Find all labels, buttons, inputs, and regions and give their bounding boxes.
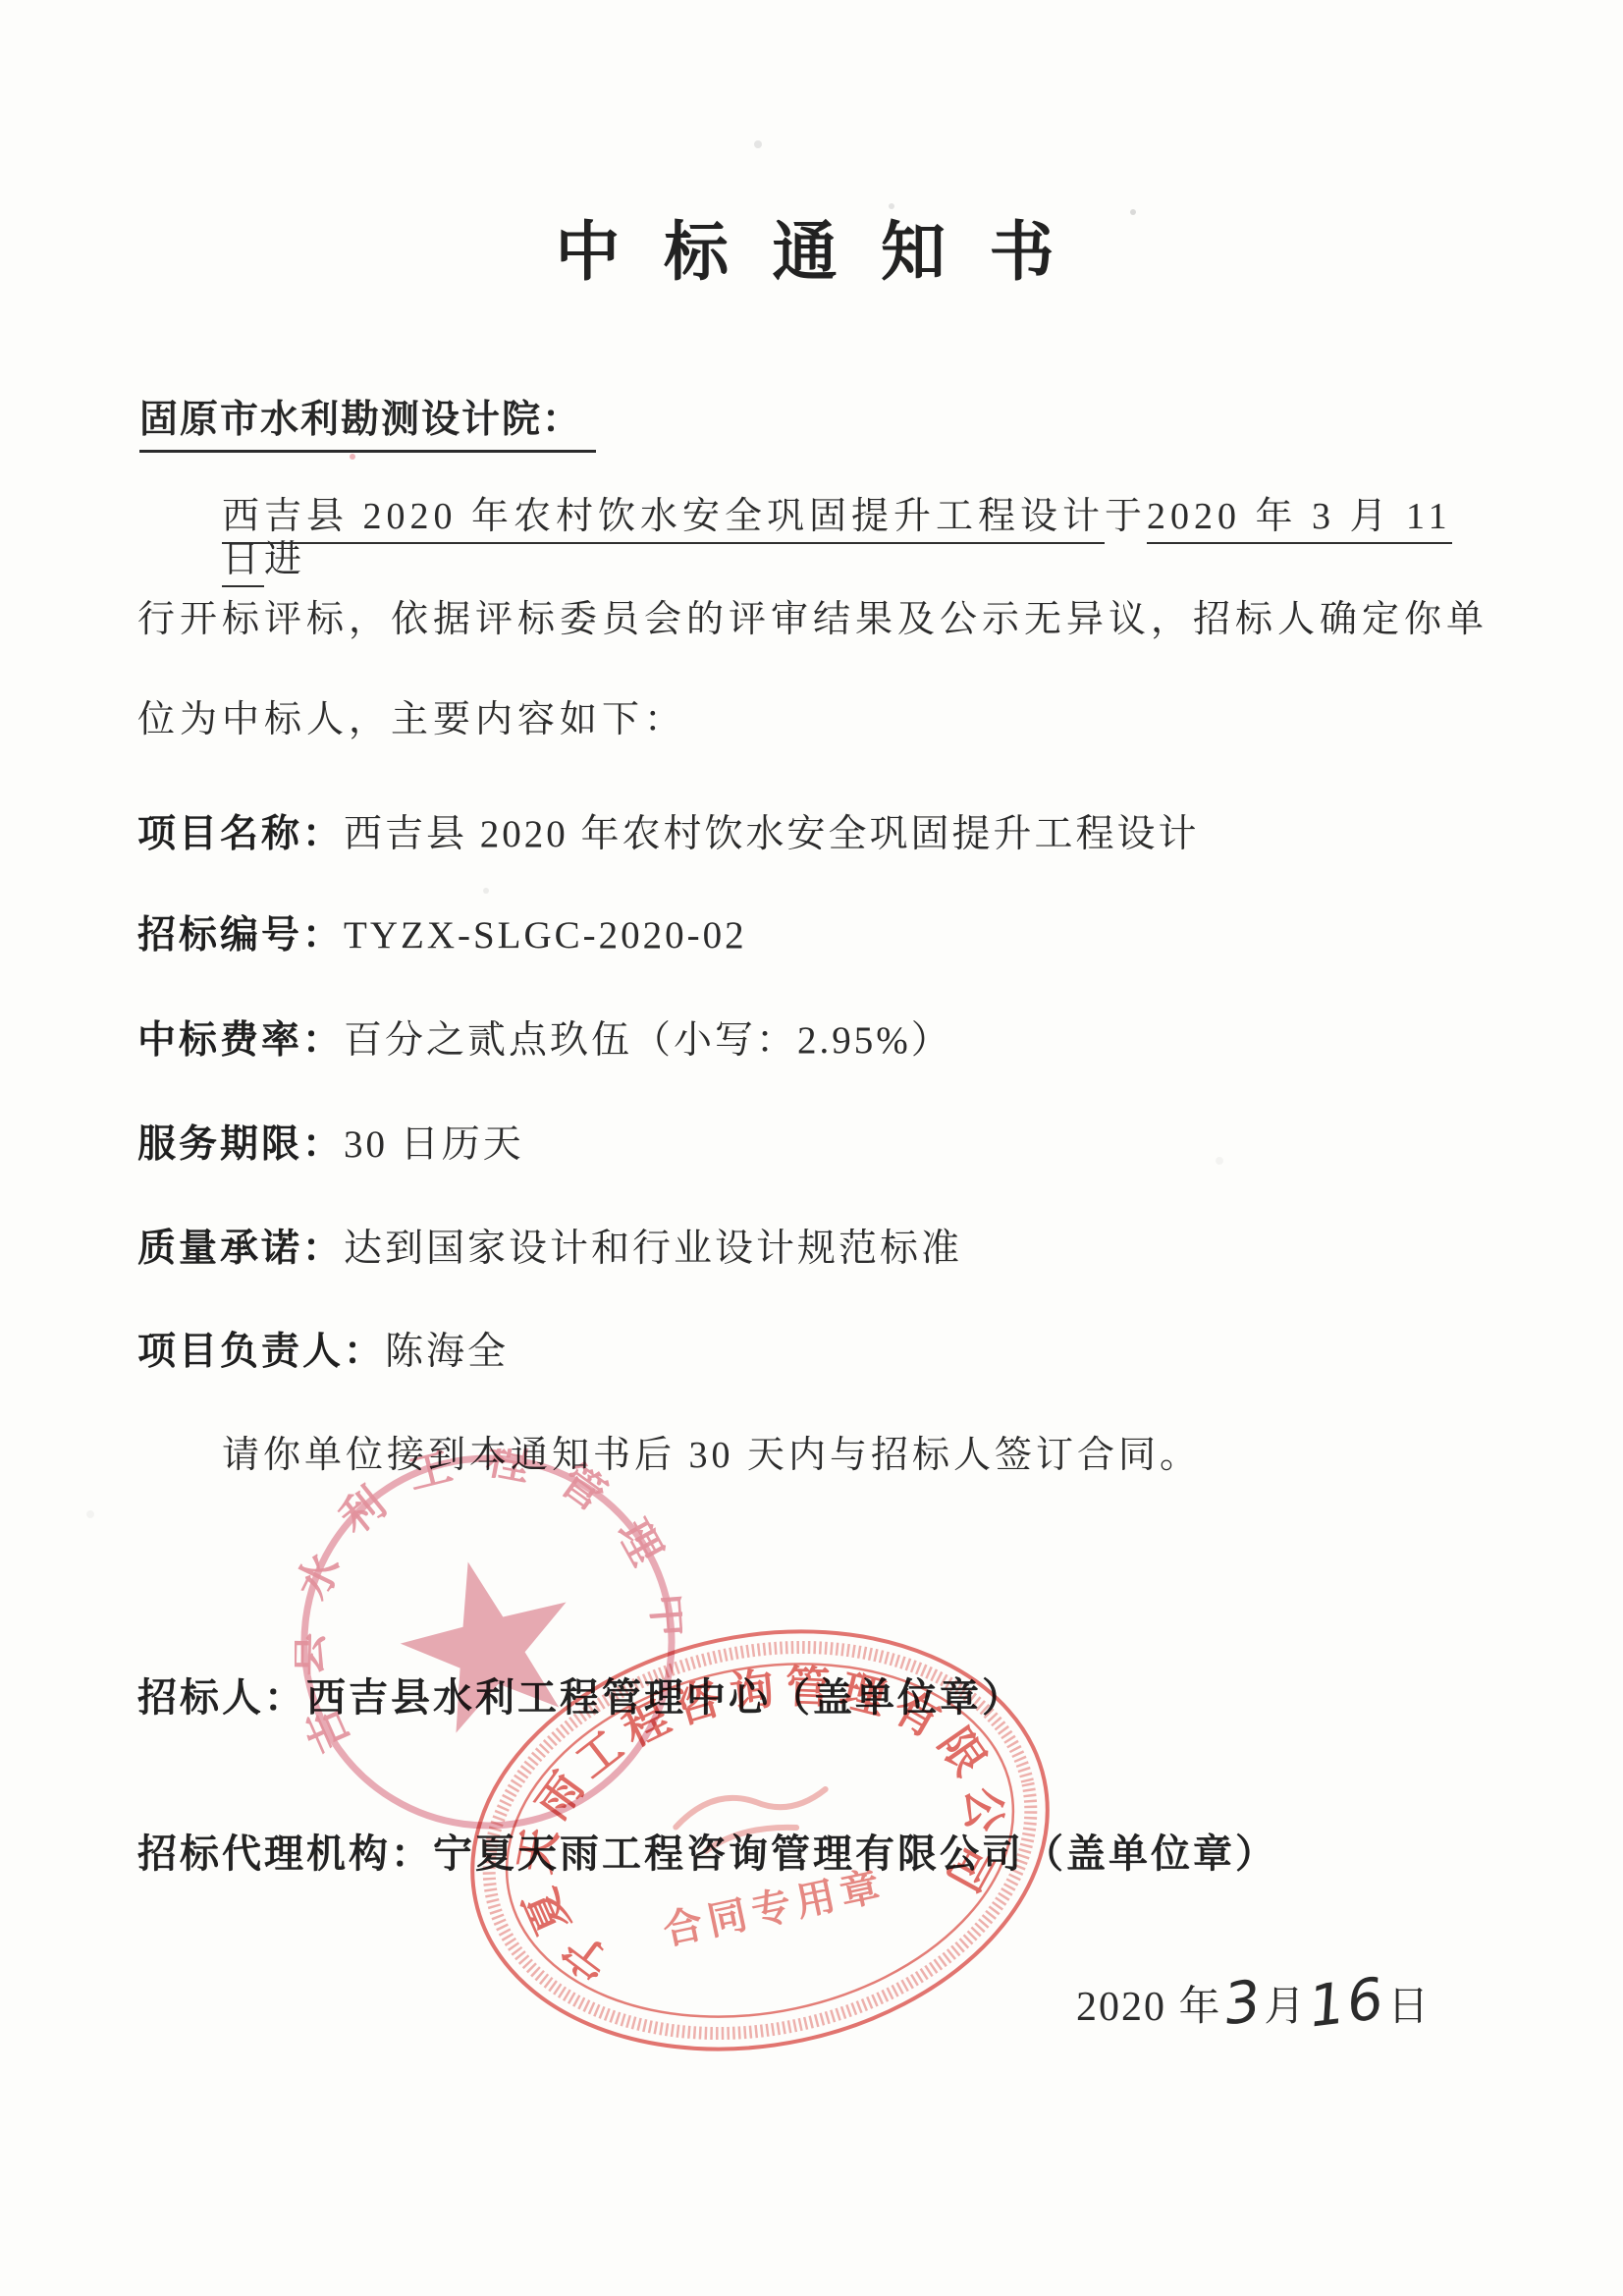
- agency-signature-line: 招标代理机构：宁夏天雨工程咨询管理有限公司（盖单位章）: [137, 1823, 1277, 1879]
- field-project-name-value: 西吉县 2020 年农村饮水安全巩固提升工程设计: [344, 813, 1200, 855]
- date-line: 2020 年3月16日: [1076, 1972, 1431, 2033]
- field-quality-commitment-label: 质量承诺：: [137, 1228, 344, 1270]
- agency-label: 招标代理机构：: [137, 1831, 433, 1876]
- field-quality-commitment: 质量承诺：达到国家设计和行业设计规范标准: [137, 1218, 962, 1273]
- field-project-manager: 项目负责人：陈海全: [137, 1321, 509, 1376]
- agency-name: 宁夏天雨工程咨询管理有限公司: [433, 1831, 1024, 1876]
- agency-seal-note: （盖单位章）: [1024, 1831, 1277, 1876]
- bidder-label: 招标人：: [137, 1675, 306, 1720]
- bidder-signature-line: 招标人：西吉县水利工程管理中心（盖单位章）: [137, 1667, 1024, 1722]
- field-award-rate: 中标费率：百分之贰点玖伍（小写：2.95%）: [137, 1010, 952, 1065]
- field-project-manager-value: 陈海全: [385, 1331, 509, 1373]
- field-service-period-value: 30 日历天: [344, 1123, 524, 1166]
- scan-artifacts: [0, 0, 4, 4]
- date-year: 2020 年: [1076, 1985, 1222, 2030]
- field-project-manager-label: 项目负责人：: [137, 1331, 385, 1373]
- date-day-unit: 日: [1387, 1985, 1431, 2030]
- round-seal-water-management-center: 西吉县水利工程管理中心: [295, 1449, 682, 1836]
- intro-tail: 进: [264, 539, 306, 580]
- page-title: 中 标 通 知 书: [0, 199, 1623, 293]
- intro-line-2: 行开标评标，依据评标委员会的评审结果及公示无异议，招标人确定你单: [137, 599, 1502, 642]
- date-day-handwritten: 16: [1306, 1969, 1388, 2035]
- intro-connector: 于: [1105, 496, 1147, 537]
- seal-outer-ring: [295, 1449, 682, 1836]
- addressee-line: 固原市水利勘测设计院：: [139, 389, 596, 453]
- field-tender-number: 招标编号：TYZX-SLGC-2020-02: [137, 904, 747, 959]
- bidder-name: 西吉县水利工程管理中心: [306, 1675, 771, 1720]
- field-award-rate-label: 中标费率：: [137, 1019, 344, 1062]
- scanned-award-notice-page: 中 标 通 知 书 固原市水利勘测设计院： 西吉县 2020 年农村饮水安全巩固…: [0, 0, 1623, 2296]
- date-month-unit: 月: [1264, 1985, 1307, 2030]
- closing-sentence: 请你单位接到本通知书后 30 天内与招标人签订合同。: [222, 1424, 1201, 1478]
- field-project-name: 项目名称：西吉县 2020 年农村饮水安全巩固提升工程设计: [137, 803, 1200, 858]
- field-service-period-label: 服务期限：: [137, 1123, 344, 1166]
- intro-line-3: 位为中标人，主要内容如下：: [137, 699, 686, 742]
- project-title-underlined: 西吉县 2020 年农村饮水安全巩固提升工程设计: [222, 496, 1105, 544]
- field-project-name-label: 项目名称：: [137, 813, 344, 855]
- field-tender-number-value: TYZX-SLGC-2020-02: [344, 914, 747, 957]
- date-month-handwritten: 3: [1220, 1972, 1266, 2033]
- field-quality-commitment-value: 达到国家设计和行业设计规范标准: [344, 1228, 962, 1270]
- field-award-rate-value: 百分之贰点玖伍（小写：2.95%）: [344, 1019, 952, 1062]
- intro-line-1: 西吉县 2020 年农村饮水安全巩固提升工程设计于2020 年 3 月 11 日…: [222, 496, 1498, 581]
- field-tender-number-label: 招标编号：: [137, 914, 344, 957]
- field-service-period: 服务期限：30 日历天: [137, 1114, 524, 1169]
- bidder-seal-note: （盖单位章）: [771, 1675, 1024, 1720]
